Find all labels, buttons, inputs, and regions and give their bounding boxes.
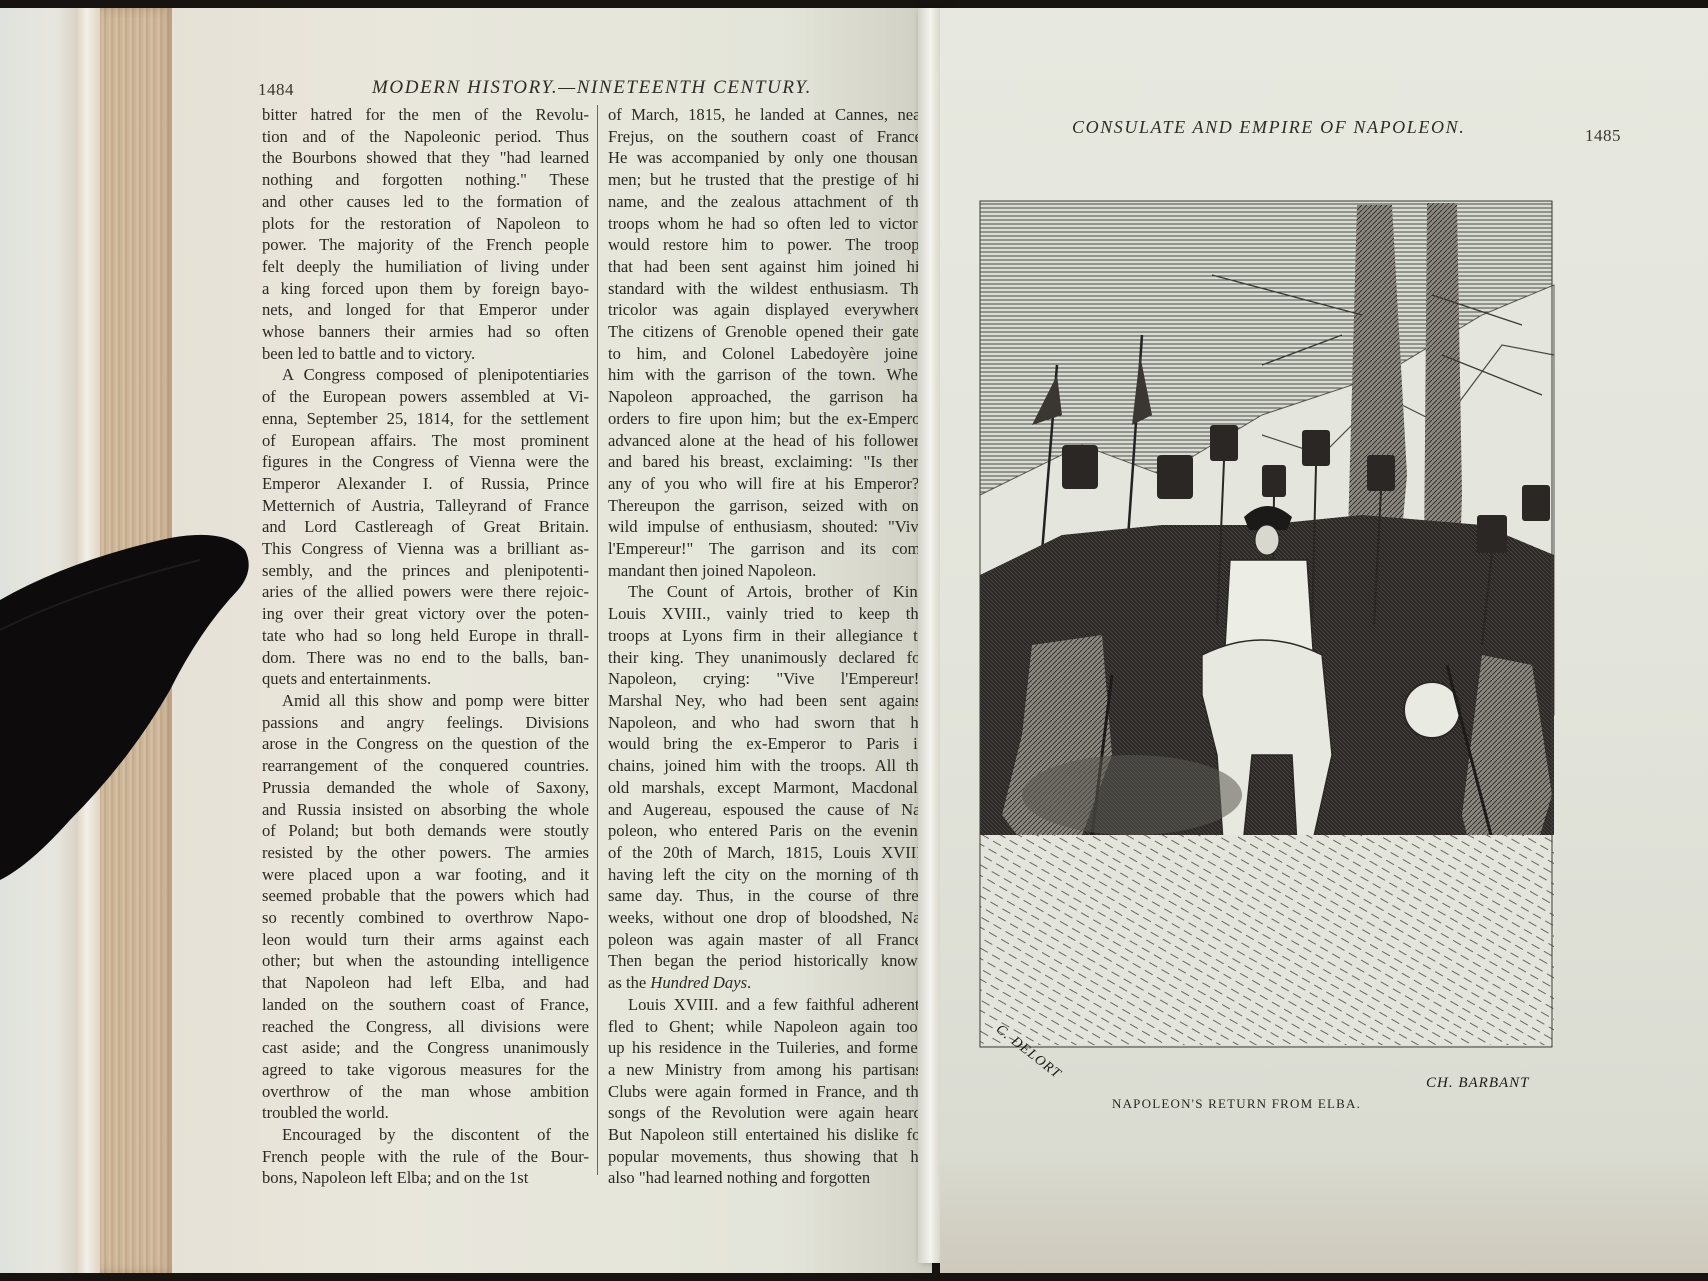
left-page-column-1: bitter hatred for the men of the Revolu-… xyxy=(262,104,589,1189)
text-line: and Augereau, espoused the cause of Na- xyxy=(608,799,926,821)
text-line: The citizens of Grenoble opened their ga… xyxy=(608,321,926,343)
text-line: Marshal Ney, who had been sent against xyxy=(608,690,926,712)
text-line: would restore him to power. The troops xyxy=(608,234,926,256)
text-line: as the Hundred Days. xyxy=(608,972,926,994)
text-line: name, and the zealous attachment of the xyxy=(608,191,926,213)
text-line: popular movements, thus showing that he xyxy=(608,1146,926,1168)
text-line: Emperor Alexander I. of Russia, Prince xyxy=(262,473,589,495)
text-line: tion and of the Napoleonic period. Thus xyxy=(262,126,589,148)
text-line: rearrangement of the conquered countries… xyxy=(262,755,589,777)
text-line: ing over their great victory over the po… xyxy=(262,603,589,625)
text-line: of March, 1815, he landed at Cannes, nea… xyxy=(608,104,926,126)
text-line: Encouraged by the discontent of the xyxy=(262,1124,589,1146)
text-line: poleon, who entered Paris on the evening xyxy=(608,820,926,842)
text-line: figures in the Congress of Vienna were t… xyxy=(262,451,589,473)
text-line: dom. There was no end to the balls, ban- xyxy=(262,647,589,669)
text-line: that had been sent against him joined hi… xyxy=(608,256,926,278)
text-line: Frejus, on the southern coast of France. xyxy=(608,126,926,148)
text-line: orders to fire upon him; but the ex-Empe… xyxy=(608,408,926,430)
text-line: landed on the southern coast of France, xyxy=(262,994,589,1016)
column-divider xyxy=(597,105,598,1175)
text-line: enna, September 25, 1814, for the settle… xyxy=(262,408,589,430)
illustration-napoleon-return xyxy=(962,195,1572,1075)
paragraph: A Congress composed of plenipotentiaries… xyxy=(262,364,589,690)
text-line: Napoleon approached, the garrison had xyxy=(608,386,926,408)
text-line: would bring the ex-Emperor to Paris in xyxy=(608,733,926,755)
paragraph: Encouraged by the discontent of theFrenc… xyxy=(262,1124,589,1189)
left-running-head: MODERN HISTORY.—NINETEENTH CENTURY. xyxy=(372,77,812,99)
text-line: nothing and forgotten nothing." These xyxy=(262,169,589,191)
text-line: to him, and Colonel Labedoyère joined xyxy=(608,343,926,365)
text-line: fled to Ghent; while Napoleon again took xyxy=(608,1016,926,1038)
text-line: standard with the wildest enthusiasm. Th… xyxy=(608,278,926,300)
text-line: Louis XVIII. and a few faithful adherent… xyxy=(608,994,926,1016)
text-line: and bared his breast, exclaiming: "Is th… xyxy=(608,451,926,473)
text-line: also "had learned nothing and forgotten xyxy=(608,1167,926,1189)
italic-term: Hundred Days xyxy=(650,973,747,992)
text-line: same day. Thus, in the course of three xyxy=(608,885,926,907)
text-line: been led to battle and to victory. xyxy=(262,343,589,365)
text-line: resisted by the other powers. The armies xyxy=(262,842,589,864)
text-line: A Congress composed of plenipotentiaries xyxy=(262,364,589,386)
text-line: felt deeply the humiliation of living un… xyxy=(262,256,589,278)
engraving-image xyxy=(962,195,1572,1075)
text-line: other; but when the astounding intellige… xyxy=(262,950,589,972)
text-line: advanced alone at the head of his follow… xyxy=(608,430,926,452)
gloved-hand xyxy=(0,520,260,880)
text-line: seemed probable that the powers which ha… xyxy=(262,885,589,907)
text-line: l'Empereur!" The garrison and its com- xyxy=(608,538,926,560)
text-line: This Congress of Vienna was a brilliant … xyxy=(262,538,589,560)
text-line: a new Ministry from among his partisans. xyxy=(608,1059,926,1081)
text-line: whose banners their armies had so often xyxy=(262,321,589,343)
paragraph: bitter hatred for the men of the Revolu-… xyxy=(262,104,589,364)
text-line: He was accompanied by only one thousand xyxy=(608,147,926,169)
paragraph: Louis XVIII. and a few faithful adherent… xyxy=(608,994,926,1189)
text-line: cast aside; and the Congress unanimously xyxy=(262,1037,589,1059)
text-line: leon would turn their arms against each xyxy=(262,929,589,951)
text-line: having left the city on the morning of t… xyxy=(608,864,926,886)
text-line: tate who had so long held Europe in thra… xyxy=(262,625,589,647)
text-line: troops at Lyons firm in their allegiance… xyxy=(608,625,926,647)
text-line: reached the Congress, all divisions were xyxy=(262,1016,589,1038)
text-line: plots for the restoration of Napoleon to xyxy=(262,213,589,235)
text-line: passions and angry feelings. Divisions xyxy=(262,712,589,734)
text-line: him with the garrison of the town. When xyxy=(608,364,926,386)
text-line: Amid all this show and pomp were bitter xyxy=(262,690,589,712)
right-running-head: CONSULATE AND EMPIRE OF NAPOLEON. xyxy=(1072,117,1465,138)
text-line: bitter hatred for the men of the Revolu- xyxy=(262,104,589,126)
text-line: their king. They unanimously declared fo… xyxy=(608,647,926,669)
paragraph: of March, 1815, he landed at Cannes, nea… xyxy=(608,104,926,581)
text-line: troubled the world. xyxy=(262,1102,589,1124)
text-line: and Lord Castlereagh of Great Britain. xyxy=(262,516,589,538)
text-line: mandant then joined Napoleon. xyxy=(608,560,926,582)
text-line: so recently combined to overthrow Napo- xyxy=(262,907,589,929)
figure-caption: NAPOLEON'S RETURN FROM ELBA. xyxy=(1112,1096,1361,1112)
text-line: any of you who will fire at his Emperor?… xyxy=(608,473,926,495)
text-line: Napoleon, and who had sworn that he xyxy=(608,712,926,734)
text-line: weeks, without one drop of bloodshed, Na… xyxy=(608,907,926,929)
text-line: Clubs were again formed in France, and t… xyxy=(608,1081,926,1103)
left-page-number: 1484 xyxy=(258,80,294,100)
paragraph: Amid all this show and pomp were bitterp… xyxy=(262,690,589,1124)
text-line: of European affairs. The most prominent xyxy=(262,430,589,452)
right-page-number: 1485 xyxy=(1585,126,1621,146)
text-line: old marshals, except Marmont, Macdonald xyxy=(608,777,926,799)
text-line: bons, Napoleon left Elba; and on the 1st xyxy=(262,1167,589,1189)
engraver-signature-barbant: CH. BARBANT xyxy=(1426,1075,1530,1092)
paragraph: The Count of Artois, brother of KingLoui… xyxy=(608,581,926,993)
text-line: French people with the rule of the Bour- xyxy=(262,1146,589,1168)
text-line: But Napoleon still entertained his disli… xyxy=(608,1124,926,1146)
text-line: wild impulse of enthusiasm, shouted: "Vi… xyxy=(608,516,926,538)
text-line: Metternich of Austria, Talleyrand of Fra… xyxy=(262,495,589,517)
text-line: aries of the allied powers were there re… xyxy=(262,581,589,603)
text-line: a king forced upon them by foreign bayo- xyxy=(262,278,589,300)
text-line: poleon was again master of all France. xyxy=(608,929,926,951)
text-line: troops whom he had so often led to victo… xyxy=(608,213,926,235)
text-line: Thereupon the garrison, seized with one xyxy=(608,495,926,517)
text-line: and Russia insisted on absorbing the who… xyxy=(262,799,589,821)
text-line: Napoleon, crying: "Vive l'Empereur!" xyxy=(608,668,926,690)
text-line: the Bourbons showed that they "had learn… xyxy=(262,147,589,169)
text-line: were placed upon a war footing, and it xyxy=(262,864,589,886)
left-page-column-2: of March, 1815, he landed at Cannes, nea… xyxy=(608,104,926,1189)
text-line: of the 20th of March, 1815, Louis XVIII. xyxy=(608,842,926,864)
text-line: of the European powers assembled at Vi- xyxy=(262,386,589,408)
text-line: Louis XVIII., vainly tried to keep the xyxy=(608,603,926,625)
text-line: songs of the Revolution were again heard… xyxy=(608,1102,926,1124)
text-line: men; but he trusted that the prestige of… xyxy=(608,169,926,191)
text-line: Then began the period historically known xyxy=(608,950,926,972)
text-line: agreed to take vigorous measures for the xyxy=(262,1059,589,1081)
text-line: arose in the Congress on the question of… xyxy=(262,733,589,755)
text-line: that Napoleon had left Elba, and had xyxy=(262,972,589,994)
text-line: overthrow of the man whose ambition xyxy=(262,1081,589,1103)
text-line: and other causes led to the formation of xyxy=(262,191,589,213)
text-line: of Poland; but both demands were stoutly xyxy=(262,820,589,842)
text-line: power. The majority of the French people xyxy=(262,234,589,256)
text-line: nets, and longed for that Emperor under xyxy=(262,299,589,321)
text-line: quets and entertainments. xyxy=(262,668,589,690)
text-line: up his residence in the Tuileries, and f… xyxy=(608,1037,926,1059)
text-line: Prussia demanded the whole of Saxony, xyxy=(262,777,589,799)
text-line: The Count of Artois, brother of King xyxy=(608,581,926,603)
text-line: tricolor was again displayed everywhere. xyxy=(608,299,926,321)
text-line: chains, joined him with the troops. All … xyxy=(608,755,926,777)
text-line: sembly, and the princes and plenipotenti… xyxy=(262,560,589,582)
